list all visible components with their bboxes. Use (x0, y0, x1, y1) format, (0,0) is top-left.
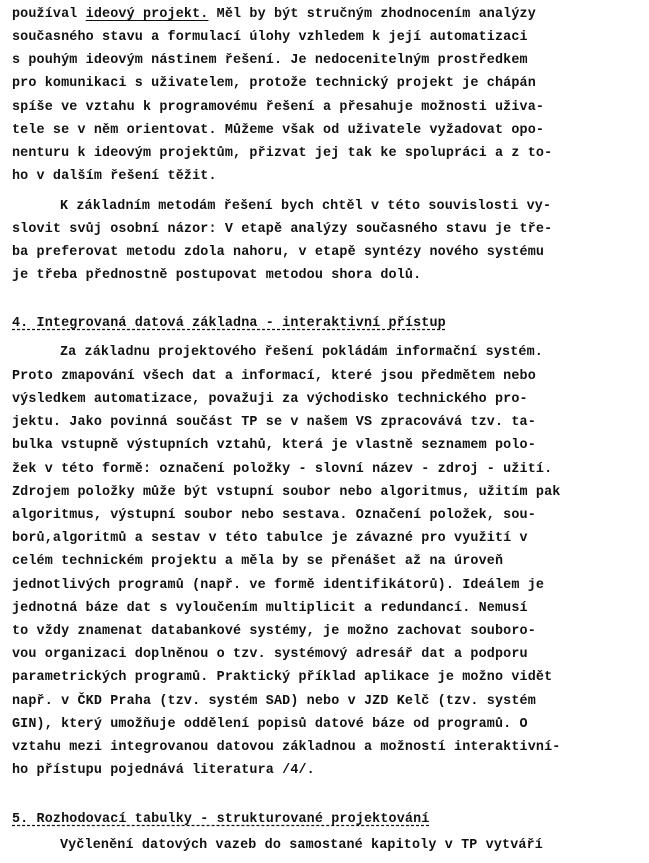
section-5-title: 5. Rozhodovací tabulky - strukturované p… (12, 809, 429, 831)
text-line: spíše ve vztahu k programovému řešení a … (12, 97, 544, 119)
text-line: Vyčlenění datových vazeb do samostané ka… (12, 835, 543, 857)
text-line: vou organizaci doplněnou o tzv. systémov… (12, 644, 528, 666)
section-4-title: 4. Integrovaná datová základna - interak… (12, 313, 446, 335)
text-line: jednotná báze dat s vyloučením multiplic… (12, 598, 528, 620)
text-line: ho přístupu pojednává literatura /4/. (12, 760, 315, 782)
text-line: ba preferovat metodu zdola nahoru, v eta… (12, 242, 544, 264)
text-line: žek v této formě: označení položky - slo… (12, 459, 552, 481)
text-line: s pouhým ideovým nástinem řešení. Je ned… (12, 50, 528, 72)
text-line: Proto zmapování všech dat a informací, k… (12, 366, 536, 388)
text-line: Zdrojem položky může být vstupní soubor … (12, 482, 560, 504)
text-line: slovit svůj osobní názor: V etapě analýz… (12, 219, 552, 241)
text-line: nenturu k ideovým projektům, přizvat jej… (12, 143, 552, 165)
text-line: K základním metodám řešení bych chtěl v … (12, 196, 551, 218)
text-line: celém technickém projektu a měla by se p… (12, 551, 503, 573)
text-line: Za základnu projektového řešení pokládám… (12, 342, 543, 364)
text-line: je třeba přednostně postupovat metodou s… (12, 265, 421, 287)
text-line: vztahu mezi integrovanou datovou základn… (12, 737, 560, 759)
text-line: bulka vstupně výstupních vztahů, která j… (12, 435, 536, 457)
text-line: např. v ČKD Praha (tzv. systém SAD) nebo… (12, 691, 536, 713)
text-fragment: používal (12, 7, 86, 22)
text-line: jektu. Jako povinná součást TP se v naše… (12, 412, 536, 434)
text-line: současného stavu a formulací úlohy vzhle… (12, 27, 528, 49)
text-line: ho v dalším řešení těžit. (12, 166, 217, 188)
text-line: parametrických programů. Praktický příkl… (12, 667, 552, 689)
text-line: to vždy znamenat databankové systémy, je… (12, 621, 536, 643)
text-line: pro komunikaci s uživatelem, protože tec… (12, 73, 536, 95)
text-fragment: Měl by být stručným zhodnocením analýzy (208, 7, 535, 22)
text-line: algoritmus, výstupní soubor nebo sestava… (12, 505, 536, 527)
text-line: borů,algoritmů a sestav v této tabulce j… (12, 528, 528, 550)
text-line: používal ideový projekt. Měl by být stru… (12, 4, 536, 26)
text-line: výsledkem automatizace, považuji za vých… (12, 389, 528, 411)
text-line: jednotlivých programů (např. ve formě id… (12, 575, 544, 597)
underlined-term: ideový projekt. (86, 7, 209, 22)
text-line: tele se v něm orientovat. Můžeme však od… (12, 120, 544, 142)
text-line: GIN), který umožňuje oddělení popisů dat… (12, 714, 528, 736)
